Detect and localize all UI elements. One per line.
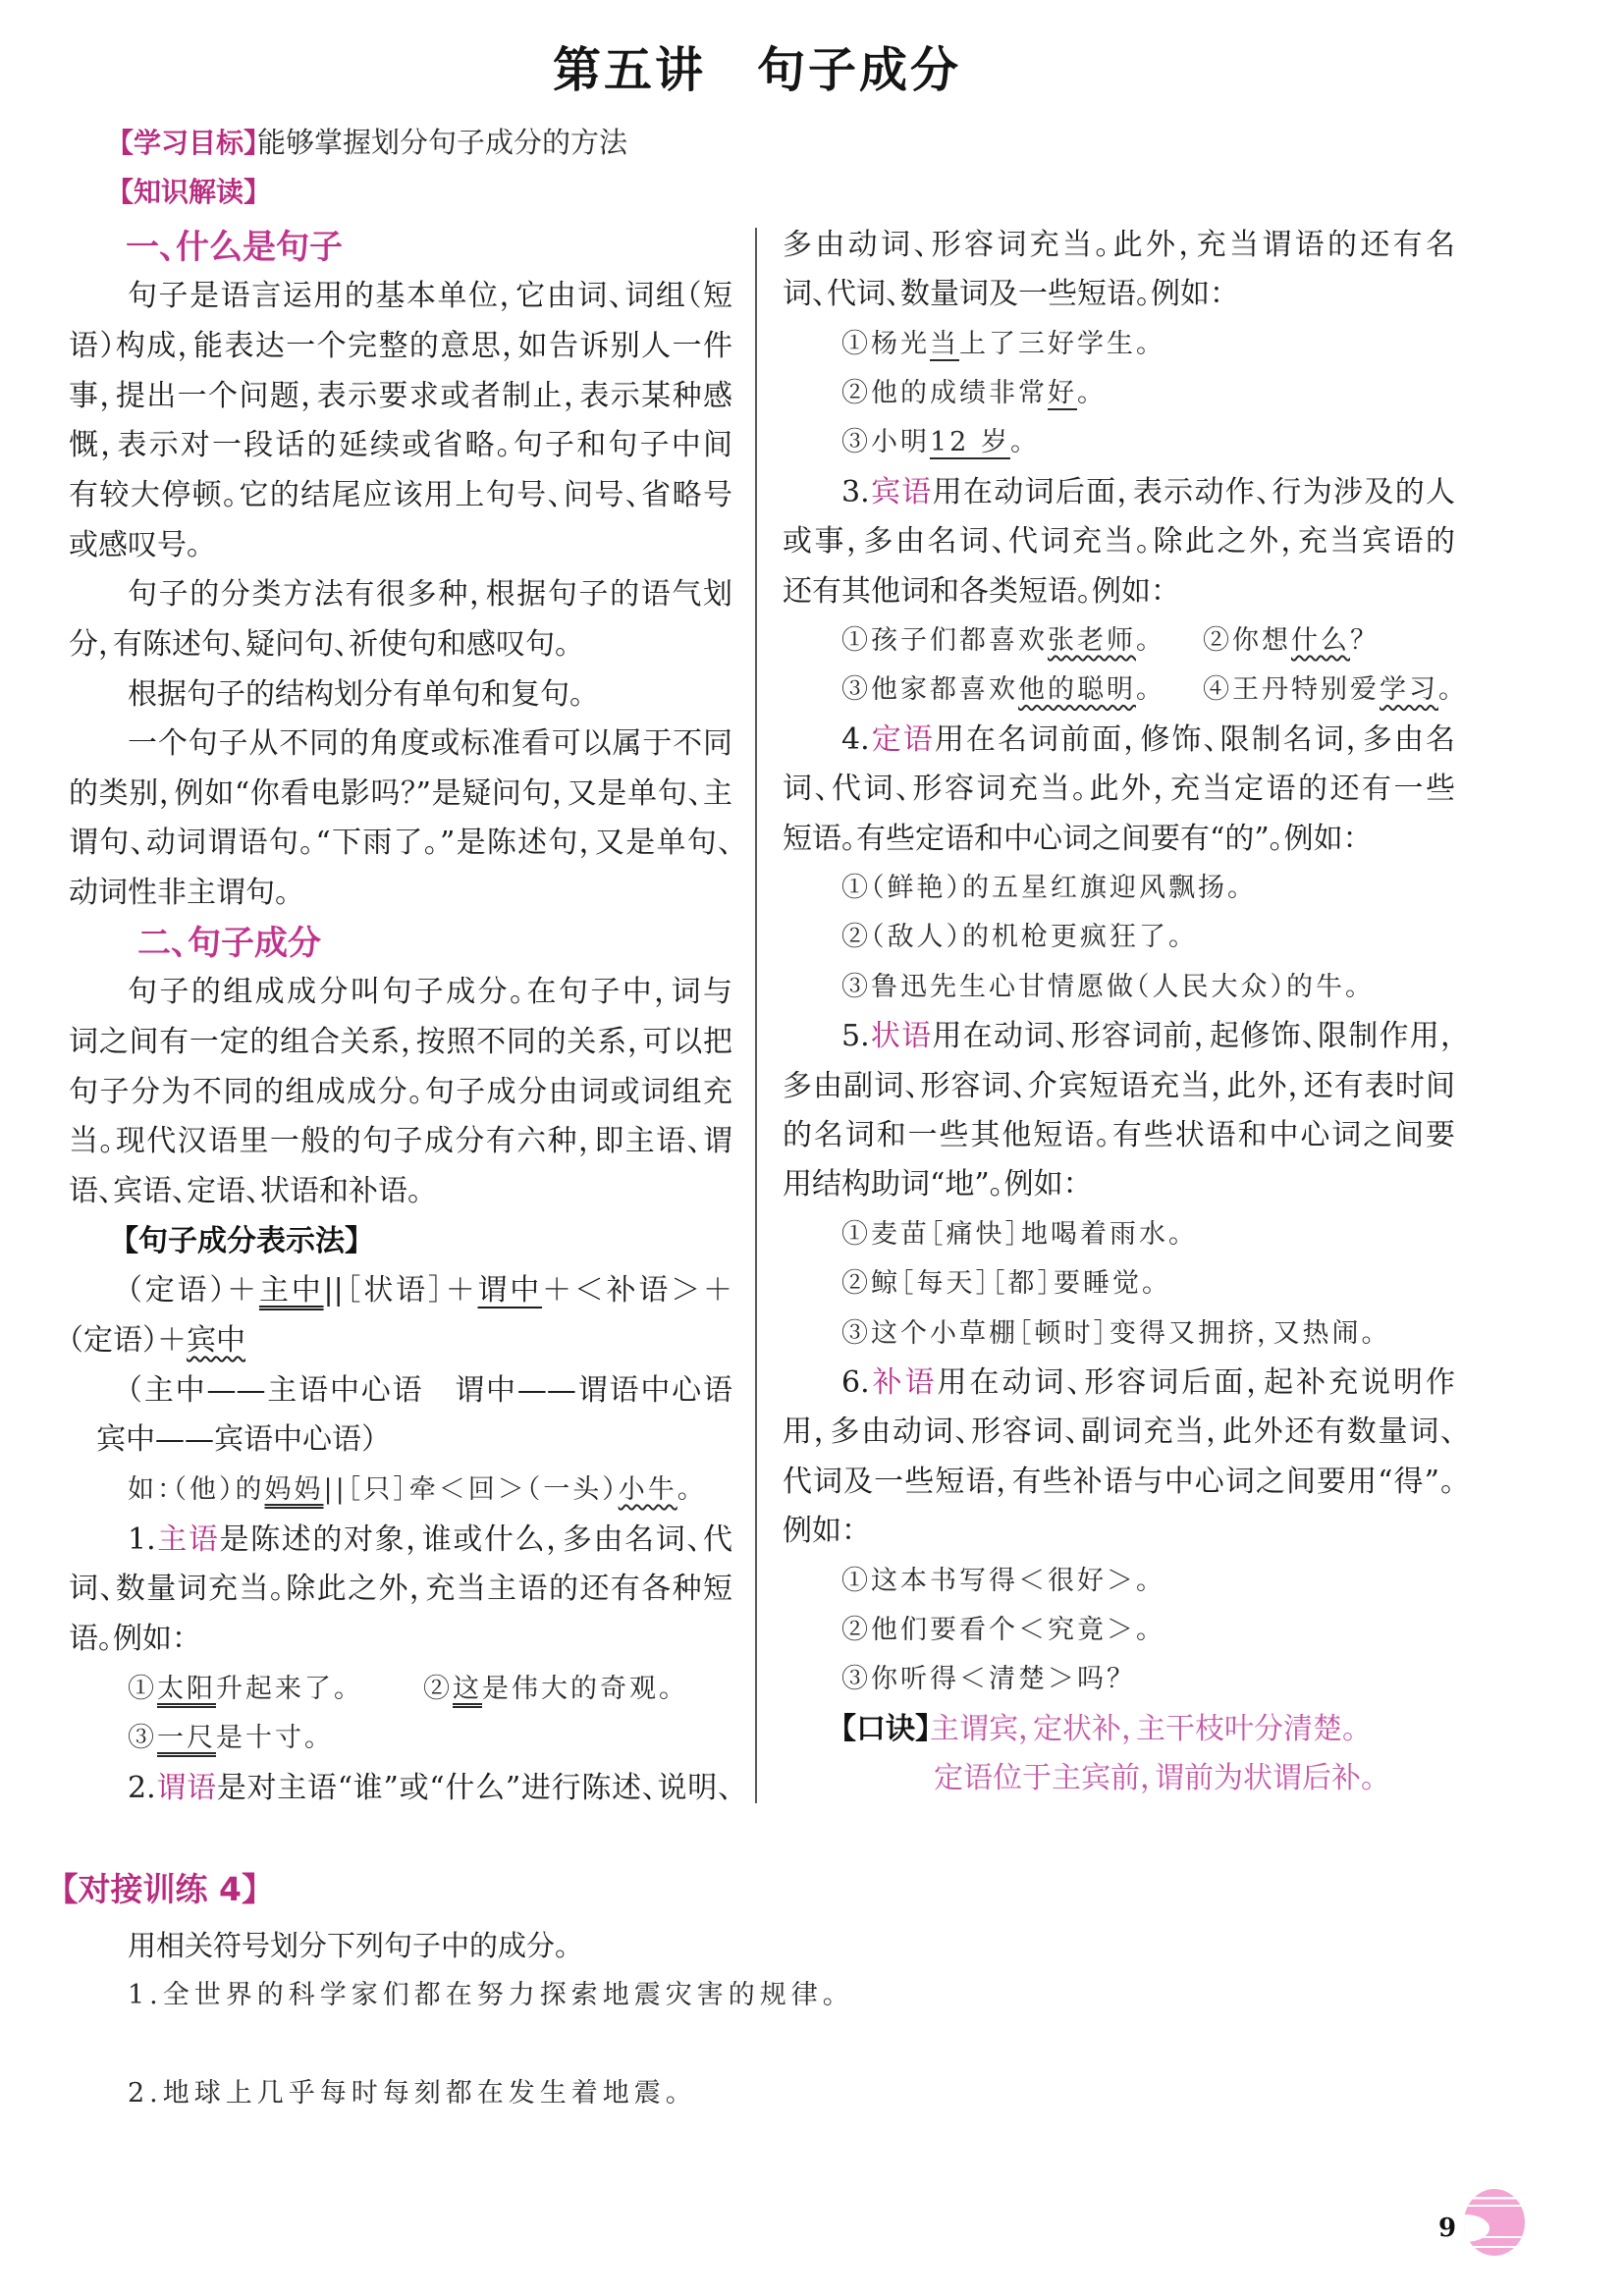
text-segment: 用，多由动词、形容词、副词充当，此外还有数量词、 <box>783 1415 1455 1449</box>
text-segment: ③鲁迅先生心甘情愿做（人民大众）的牛。 <box>841 972 1362 1002</box>
paragraph-line: 短语。有些定语和中心词之间要有“的”。例如： <box>783 815 1455 864</box>
objective-label: 【学习目标】 <box>120 127 257 159</box>
text-segment: ？ <box>1350 625 1367 656</box>
text-segment: ①孩子们都喜欢 <box>841 625 1048 656</box>
text-segment: ③这个小草棚［顿时］变得又拥挤，又热闹。 <box>841 1318 1378 1349</box>
term-label: 状语 <box>870 1019 933 1053</box>
paragraph-line: 词之间有一定的组合关系，按照不同的关系，可以把 <box>69 1018 732 1068</box>
text-segment: 6. <box>841 1365 870 1400</box>
paragraph-line: 语。例如： <box>69 1615 732 1665</box>
text-segment: 有较大停顿。它的结尾应该用上句号、问号、省略号 <box>69 478 732 512</box>
text-segment: ||［只］牵＜回＞（一头） <box>324 1474 619 1505</box>
example-line: ③鲁迅先生心甘情愿做（人民大众）的牛。 <box>783 963 1455 1012</box>
object-wavy-underlined-text: 小牛 <box>619 1474 677 1505</box>
column-divider <box>755 228 757 1803</box>
paragraph-line: 或事，多由名词、代词充当。除此之外，充当宾语的 <box>783 517 1455 566</box>
paragraph-line: （定语）＋主中||［状语］＋谓中＋＜补语＞＋ <box>69 1266 732 1316</box>
subject-double-underlined-text: 太阳 <box>157 1674 216 1704</box>
text-segment: ②他的成绩非常 <box>841 378 1048 408</box>
text-segment: ①这本书写得＜很好＞。 <box>841 1566 1153 1596</box>
page-title: 第五讲 句子成分 <box>0 39 1514 102</box>
subject-double-underlined-text: 一尺 <box>157 1723 216 1753</box>
text-segment: ③小明 <box>841 427 930 457</box>
text-segment: 是十寸。 <box>216 1723 321 1753</box>
paragraph-line: 多由副词、形容词、介宾短语充当，此外，还有表时间 <box>783 1062 1455 1111</box>
text-segment: 用结构助词“地”。例如： <box>783 1167 1078 1201</box>
paragraph-line: 5.状语用在动词、形容词前，起修饰、限制作用， <box>783 1012 1455 1061</box>
text-segment: 分，有陈述句、疑问句、祈使句和感叹句。 <box>69 627 569 662</box>
example-line: ①麦苗［痛快］地喝着雨水。 <box>783 1210 1455 1259</box>
exercise-instruction: 用相关符号划分下列句子中的成分。 <box>128 1921 569 1970</box>
text-segment: 词之间有一定的组合关系，按照不同的关系，可以把 <box>69 1025 732 1059</box>
object-wavy-underlined-text: 什么 <box>1291 625 1350 656</box>
text-segment: ②（敌人）的机枪更疯狂了。 <box>841 922 1185 952</box>
object-wavy-underlined-text: 张老师 <box>1048 625 1136 656</box>
text-segment: ②他们要看个＜究竟＞。 <box>841 1615 1153 1645</box>
text-segment: 句子是语言运用的基本单位，它由词、词组（短 <box>128 279 732 313</box>
text-segment: 升起来了。 <box>216 1674 351 1704</box>
text-segment: 事，提出一个问题，表示要求或者制止，表示某种感 <box>69 379 732 413</box>
text-segment: 用在动词、形容词前，起修饰、限制作用， <box>932 1019 1455 1053</box>
paragraph-line: （定语）＋宾中 <box>69 1316 732 1366</box>
text-segment: 。 <box>1077 378 1094 408</box>
text-segment: 4. <box>841 722 870 757</box>
example-line: ①杨光当上了三好学生。 <box>783 320 1455 369</box>
text-segment: 一、什么是句子 <box>126 228 343 267</box>
paragraph-line: 分，有陈述句、疑问句、祈使句和感叹句。 <box>69 620 732 670</box>
term-label: 谓语 <box>156 1771 217 1805</box>
paragraph-line: 代词及一些短语，有些补语与中心词之间要用“得”。 <box>783 1458 1455 1507</box>
term-label: 定语 <box>870 722 935 757</box>
text-segment: 二、句子成分 <box>137 924 321 963</box>
text-segment: 词、代词、数量词及一些短语。例如： <box>783 277 1224 311</box>
text-segment: 词、数量词充当。除此之外，充当主语的还有各种短 <box>69 1572 732 1606</box>
text-segment: ①麦苗［痛快］地喝着雨水。 <box>841 1219 1185 1250</box>
mnemonic-text: 主谓宾，定状补，主干枝叶分清楚。 <box>930 1712 1357 1746</box>
text-segment: 上了三好学生。 <box>959 329 1153 359</box>
paragraph-line: 词、代词、形容词充当。此外，充当定语的还有一些 <box>783 765 1455 814</box>
paragraph-line: 6.补语用在动词、形容词后面，起补充说明作 <box>783 1359 1455 1408</box>
example-line: ②他的成绩非常好。 <box>783 369 1455 418</box>
knowledge-section-label-row: 【知识解读】 <box>120 173 257 216</box>
text-segment: 语。例如： <box>69 1622 187 1656</box>
text-segment: 如：（他）的 <box>128 1474 265 1505</box>
example-line: ①太阳升起来了。②这是伟大的奇观。 <box>69 1665 732 1715</box>
text-segment: 2. <box>128 1771 156 1805</box>
text-segment: ④王丹特别爱 <box>1203 674 1380 705</box>
paragraph-line: 事，提出一个问题，表示要求或者制止，表示某种感 <box>69 372 732 422</box>
paragraph-line: 句子的分类方法有很多种，根据句子的语气划 <box>69 570 732 620</box>
paragraph-line: 句子的组成成分叫句子成分。在句子中，词与 <box>69 968 732 1018</box>
knowledge-label: 【知识解读】 <box>120 176 257 208</box>
text-segment: （定语）＋ <box>69 1323 187 1358</box>
notation-heading: 【句子成分表示法】 <box>69 1217 732 1267</box>
text-segment: 语、宾语、定语、状语和补语。 <box>69 1174 422 1208</box>
text-segment: ＋＜补语＞＋ <box>542 1273 732 1308</box>
paragraph-line: 2.谓语是对主语“谁”或“什么”进行陈述、说明、 <box>69 1764 732 1814</box>
example-line: ②鲸［每天］［都］要睡觉。 <box>783 1259 1455 1308</box>
paragraph-line: 或感叹号。 <box>69 521 732 571</box>
paragraph-line: 一个句子从不同的角度或标准看可以属于不同 <box>69 720 732 770</box>
text-segment: （定语）＋ <box>128 1273 259 1308</box>
text-segment: 是对主语“谁”或“什么”进行陈述、说明、 <box>217 1771 732 1805</box>
object-wavy-underlined-text: 他的聪明 <box>1018 674 1136 705</box>
text-segment: （主中——主语中心语 谓中——谓语中心语 <box>128 1373 732 1408</box>
text-segment: 。 <box>677 1474 694 1505</box>
mnemonic-line: 定语位于主宾前，谓前为状谓后补。 <box>783 1754 1455 1803</box>
example-line: ②（敌人）的机枪更疯狂了。 <box>783 913 1455 962</box>
paragraph-line: 有较大停顿。它的结尾应该用上句号、问号、省略号 <box>69 471 732 521</box>
example-line: ③这个小草棚［顿时］变得又拥挤，又热闹。 <box>783 1309 1455 1359</box>
paragraph-line: （主中——主语中心语 谓中——谓语中心语 <box>69 1366 732 1416</box>
example-item: ②这是伟大的奇观。 <box>423 1665 676 1715</box>
text-segment: 短语。有些定语和中心词之间要有“的”。例如： <box>783 822 1358 856</box>
paragraph-line: 当。现代汉语里一般的句子成分有六种，即主语、谓 <box>69 1117 732 1167</box>
object-wavy-underlined-text: 学习 <box>1380 674 1438 705</box>
exercise-label: 【对接训练 4】 <box>62 1865 257 1914</box>
paragraph-line: 根据句子的结构划分有单句和复句。 <box>69 670 732 721</box>
text-segment: ① <box>128 1674 157 1704</box>
paragraph-line: 语、宾语、定语、状语和补语。 <box>69 1167 732 1217</box>
text-segment: 1. <box>128 1522 156 1557</box>
text-segment: 。 <box>1010 427 1027 457</box>
example-line: ③他家都喜欢他的聪明。④王丹特别爱学习。 <box>783 666 1455 715</box>
text-segment: 宾中——宾语中心语） <box>96 1422 376 1457</box>
subject-double-underlined-text: 妈妈 <box>265 1474 324 1505</box>
example-line: 如：（他）的妈妈||［只］牵＜回＞（一头）小牛。 <box>69 1466 732 1516</box>
term-label: 补语 <box>870 1365 938 1400</box>
paragraph-line: 谓句、动词谓语句。“下雨了。”是陈述句，又是单句、 <box>69 819 732 869</box>
text-segment: 代词及一些短语，有些补语与中心词之间要用“得”。 <box>783 1465 1455 1499</box>
paragraph-line: 【口诀】主谓宾，定状补，主干枝叶分清楚。 <box>783 1705 1455 1754</box>
text-segment: 或事，多由名词、代词充当。除此之外，充当宾语的 <box>783 524 1455 559</box>
term-label: 主语 <box>156 1522 220 1557</box>
text-segment: 。 <box>1136 674 1153 705</box>
text-segment: 句子分为不同的组成成分。句子成分由词或词组充 <box>69 1075 732 1109</box>
text-segment: 用在动词、形容词后面，起补充说明作 <box>938 1365 1455 1400</box>
bold-label: 【口诀】 <box>841 1712 930 1746</box>
example-line: ③你听得＜清楚＞吗？ <box>783 1655 1455 1704</box>
paragraph-line: 宾中——宾语中心语） <box>69 1415 732 1466</box>
text-segment: 用在名词前面，修饰、限制名词，多由名 <box>935 722 1455 757</box>
text-segment: 句子的组成成分叫句子成分。在句子中，词与 <box>128 975 732 1009</box>
paragraph-line: 4.定语用在名词前面，修饰、限制名词，多由名 <box>783 716 1455 765</box>
text-segment: 。 <box>1438 674 1455 705</box>
exercise-item: 2.地球上几乎每时每刻都在发生着地震。 <box>128 2069 683 2118</box>
bold-label: 【句子成分表示法】 <box>124 1224 359 1258</box>
example-line: ①这本书写得＜很好＞。 <box>783 1557 1455 1606</box>
text-segment: 慨，表示对一段话的延续或省略。句子和句子中间 <box>69 428 732 462</box>
text-segment: 5. <box>841 1019 870 1053</box>
text-segment: 句子的分类方法有很多种，根据句子的语气划 <box>128 577 732 612</box>
text-segment: 例如： <box>783 1514 856 1548</box>
text-segment: 谓句、动词谓语句。“下雨了。”是陈述句，又是单句、 <box>69 826 732 860</box>
example-item: ④王丹特别爱学习。 <box>1203 666 1455 715</box>
object-wavy-underlined-text: 宾中 <box>187 1323 245 1358</box>
text-segment: 语）构成，能表达一个完整的意思，如告诉别人一件 <box>69 329 732 363</box>
text-segment: 或感叹号。 <box>69 528 201 562</box>
pink-striped-circle-icon <box>1461 2187 1528 2258</box>
text-segment: 根据句子的结构划分有单句和复句。 <box>128 677 584 712</box>
text-segment: 3. <box>841 475 870 509</box>
text-segment: 一个句子从不同的角度或标准看可以属于不同 <box>128 726 732 761</box>
paragraph-line: 语）构成，能表达一个完整的意思，如告诉别人一件 <box>69 322 732 372</box>
text-segment: 的名词和一些其他短语。有些状语和中心词之间要 <box>783 1118 1455 1152</box>
paragraph-line: 1.主语是陈述的对象，谁或什么，多由名词、代 <box>69 1516 732 1566</box>
paragraph-line: 3.宾语用在动词后面，表示动作、行为涉及的人 <box>783 468 1455 517</box>
example-line: ③一尺是十寸。 <box>69 1714 732 1764</box>
paragraph-line: 的名词和一些其他短语。有些状语和中心词之间要 <box>783 1111 1455 1160</box>
paragraph-line: 多由动词、形容词充当。此外，充当谓语的还有名 <box>783 221 1455 270</box>
paragraph-line: 用结构助词“地”。例如： <box>783 1160 1455 1209</box>
text-segment: ①（鲜艳）的五星红旗迎风飘扬。 <box>841 873 1244 903</box>
predicate-underlined-text: 当 <box>930 329 959 359</box>
predicate-underlined-text: 12 岁 <box>930 427 1010 457</box>
text-segment: ③他家都喜欢 <box>841 674 1018 705</box>
example-item: ②你想什么？ <box>1203 616 1367 666</box>
predicate-underlined-text: 谓中 <box>477 1273 542 1308</box>
example-line: ①孩子们都喜欢张老师。②你想什么？ <box>783 616 1455 666</box>
subject-double-underlined-text: 主中 <box>259 1273 324 1308</box>
text-segment: 当。现代汉语里一般的句子成分有六种，即主语、谓 <box>69 1124 732 1158</box>
text-segment: ①杨光 <box>841 329 930 359</box>
text-segment: 的类别，例如“你看电影吗？”是疑问句，又是单句、主 <box>69 776 732 811</box>
text-segment: 多由动词、形容词充当。此外，充当谓语的还有名 <box>783 228 1455 262</box>
section-heading: 二、句子成分 <box>69 919 732 969</box>
mnemonic-text: 定语位于主宾前，谓前为状谓后补。 <box>934 1761 1376 1795</box>
paragraph-line: 词、代词、数量词及一些短语。例如： <box>783 270 1455 319</box>
text-segment: ②你想 <box>1203 625 1291 656</box>
page-number: 9 <box>1438 2211 1456 2246</box>
paragraph-line: 用，多由动词、形容词、副词充当，此外还有数量词、 <box>783 1408 1455 1457</box>
paragraph-line: 慨，表示对一段话的延续或省略。句子和句子中间 <box>69 421 732 471</box>
text-segment: 。 <box>1136 625 1153 656</box>
paragraph-line: 词、数量词充当。除此之外，充当主语的还有各种短 <box>69 1565 732 1615</box>
example-line: ①（鲜艳）的五星红旗迎风飘扬。 <box>783 864 1455 913</box>
paragraph-line: 动词性非主谓句。 <box>69 869 732 919</box>
text-segment: ③ <box>128 1723 157 1753</box>
objective-text: 能够掌握划分句子成分的方法 <box>257 126 627 159</box>
example-line: ②他们要看个＜究竟＞。 <box>783 1606 1455 1655</box>
paragraph-line: 例如： <box>783 1507 1455 1556</box>
paragraph-line: 句子是语言运用的基本单位，它由词、词组（短 <box>69 272 732 322</box>
predicate-underlined-text: 好 <box>1048 378 1077 408</box>
text-segment: 还有其他词和各类短语。例如： <box>783 574 1165 609</box>
text-segment: 多由副词、形容词、介宾短语充当，此外，还有表时间 <box>783 1069 1455 1103</box>
text-segment: 词、代词、形容词充当。此外，充当定语的还有一些 <box>783 772 1455 806</box>
text-segment: 用在动词后面，表示动作、行为涉及的人 <box>933 475 1455 509</box>
learning-objective: 【学习目标】能够掌握划分句子成分的方法 <box>120 123 627 167</box>
subject-double-underlined-text: 这 <box>453 1674 482 1704</box>
paragraph-line: 句子分为不同的组成成分。句子成分由词或词组充 <box>69 1068 732 1118</box>
term-label: 宾语 <box>870 475 933 509</box>
text-segment: ②鲸［每天］［都］要睡觉。 <box>841 1268 1159 1299</box>
paragraph-line: 还有其他词和各类短语。例如： <box>783 567 1455 616</box>
exercise-item: 1.全世界的科学家们都在努力探索地震灾害的规律。 <box>128 1971 840 2020</box>
text-segment: ||［状语］＋ <box>324 1273 478 1308</box>
text-segment: ② <box>423 1674 453 1704</box>
text-segment: 是伟大的奇观。 <box>482 1674 676 1704</box>
section-heading: 一、什么是句子 <box>69 223 732 273</box>
text-segment: ③你听得＜清楚＞吗？ <box>841 1664 1123 1694</box>
text-segment: 动词性非主谓句。 <box>69 876 290 910</box>
text-segment: 是陈述的对象，谁或什么，多由名词、代 <box>219 1522 732 1557</box>
paragraph-line: 的类别，例如“你看电影吗？”是疑问句，又是单句、主 <box>69 770 732 820</box>
example-line: ③小明12 岁。 <box>783 418 1455 467</box>
